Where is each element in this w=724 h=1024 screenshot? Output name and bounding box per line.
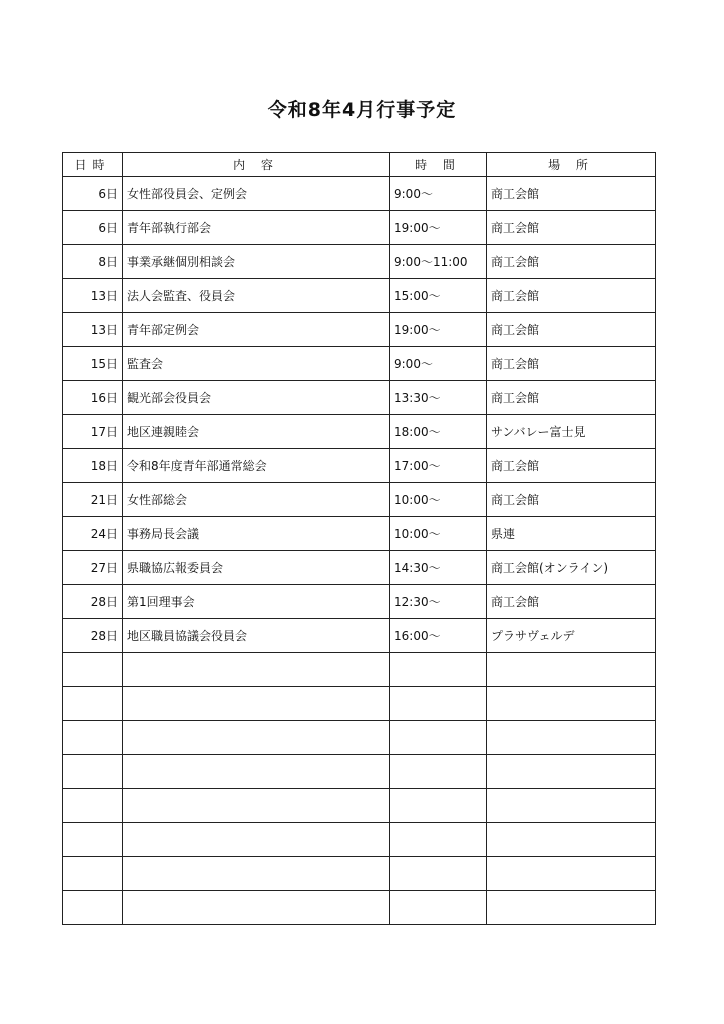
time-cell: 9:00～ xyxy=(390,347,487,381)
date-cell xyxy=(63,891,123,925)
time-cell: 14:30～ xyxy=(390,551,487,585)
place-cell xyxy=(487,891,656,925)
table-row: 13日青年部定例会19:00～商工会館 xyxy=(63,313,656,347)
content-cell: 女性部役員会、定例会 xyxy=(123,177,390,211)
content-cell: 観光部会役員会 xyxy=(123,381,390,415)
time-cell: 19:00～ xyxy=(390,211,487,245)
table-row: 21日女性部総会10:00～商工会館 xyxy=(63,483,656,517)
page-title: 令和8年4月行事予定 xyxy=(0,95,724,122)
date-cell: 28日 xyxy=(63,619,123,653)
content-cell: 県職協広報委員会 xyxy=(123,551,390,585)
date-cell: 13日 xyxy=(63,279,123,313)
place-cell xyxy=(487,857,656,891)
header-row: 日時 内 容 時 間 場 所 xyxy=(63,153,656,177)
table-row: 18日令和8年度青年部通常総会17:00～商工会館 xyxy=(63,449,656,483)
time-cell xyxy=(390,721,487,755)
time-cell: 18:00～ xyxy=(390,415,487,449)
place-cell: サンバレー富士見 xyxy=(487,415,656,449)
time-cell xyxy=(390,823,487,857)
table-row xyxy=(63,755,656,789)
content-cell xyxy=(123,721,390,755)
content-cell: 地区連親睦会 xyxy=(123,415,390,449)
table-row xyxy=(63,789,656,823)
place-cell: 商工会館 xyxy=(487,347,656,381)
date-cell: 24日 xyxy=(63,517,123,551)
date-cell: 13日 xyxy=(63,313,123,347)
time-cell xyxy=(390,755,487,789)
time-cell xyxy=(390,891,487,925)
content-cell: 法人会監査、役員会 xyxy=(123,279,390,313)
place-cell xyxy=(487,823,656,857)
time-cell: 13:30～ xyxy=(390,381,487,415)
content-cell xyxy=(123,891,390,925)
place-cell: 商工会館 xyxy=(487,245,656,279)
time-cell xyxy=(390,687,487,721)
content-cell xyxy=(123,755,390,789)
table-row xyxy=(63,721,656,755)
date-cell: 21日 xyxy=(63,483,123,517)
table-row: 6日女性部役員会、定例会9:00～商工会館 xyxy=(63,177,656,211)
place-cell: 商工会館 xyxy=(487,313,656,347)
place-cell: 商工会館 xyxy=(487,279,656,313)
header-time: 時 間 xyxy=(390,153,487,177)
table-row: 6日青年部執行部会19:00～商工会館 xyxy=(63,211,656,245)
content-cell: 女性部総会 xyxy=(123,483,390,517)
header-place: 場 所 xyxy=(487,153,656,177)
table-row: 17日地区連親睦会18:00～サンバレー富士見 xyxy=(63,415,656,449)
date-cell: 6日 xyxy=(63,177,123,211)
date-cell: 8日 xyxy=(63,245,123,279)
table-row xyxy=(63,653,656,687)
date-cell: 27日 xyxy=(63,551,123,585)
time-cell: 10:00～ xyxy=(390,483,487,517)
date-cell: 28日 xyxy=(63,585,123,619)
date-cell xyxy=(63,653,123,687)
place-cell: 商工会館 xyxy=(487,585,656,619)
date-cell xyxy=(63,755,123,789)
time-cell: 17:00～ xyxy=(390,449,487,483)
content-cell xyxy=(123,857,390,891)
content-cell: 令和8年度青年部通常総会 xyxy=(123,449,390,483)
content-cell: 事業承継個別相談会 xyxy=(123,245,390,279)
place-cell xyxy=(487,721,656,755)
date-cell xyxy=(63,721,123,755)
table-row xyxy=(63,891,656,925)
place-cell: 商工会館 xyxy=(487,381,656,415)
time-cell xyxy=(390,789,487,823)
content-cell xyxy=(123,789,390,823)
date-cell xyxy=(63,687,123,721)
place-cell xyxy=(487,687,656,721)
time-cell: 12:30～ xyxy=(390,585,487,619)
content-cell: 事務局長会議 xyxy=(123,517,390,551)
table-row xyxy=(63,687,656,721)
table-row: 15日監査会9:00～商工会館 xyxy=(63,347,656,381)
content-cell: 青年部定例会 xyxy=(123,313,390,347)
place-cell xyxy=(487,653,656,687)
time-cell: 15:00～ xyxy=(390,279,487,313)
time-cell: 9:00～ xyxy=(390,177,487,211)
content-cell: 地区職員協議会役員会 xyxy=(123,619,390,653)
table-row xyxy=(63,857,656,891)
content-cell xyxy=(123,653,390,687)
header-content: 内 容 xyxy=(123,153,390,177)
place-cell xyxy=(487,755,656,789)
table-row: 24日事務局長会議10:00～県連 xyxy=(63,517,656,551)
time-cell xyxy=(390,653,487,687)
time-cell: 16:00～ xyxy=(390,619,487,653)
place-cell: 商工会館 xyxy=(487,449,656,483)
date-cell: 18日 xyxy=(63,449,123,483)
date-cell xyxy=(63,823,123,857)
time-cell: 10:00～ xyxy=(390,517,487,551)
date-cell: 15日 xyxy=(63,347,123,381)
header-date: 日時 xyxy=(63,153,123,177)
content-cell xyxy=(123,823,390,857)
date-cell xyxy=(63,789,123,823)
date-cell: 6日 xyxy=(63,211,123,245)
place-cell: 商工会館 xyxy=(487,483,656,517)
time-cell: 19:00～ xyxy=(390,313,487,347)
time-cell: 9:00～11:00 xyxy=(390,245,487,279)
content-cell: 監査会 xyxy=(123,347,390,381)
date-cell xyxy=(63,857,123,891)
place-cell: 県連 xyxy=(487,517,656,551)
table-row: 13日法人会監査、役員会15:00～商工会館 xyxy=(63,279,656,313)
schedule-table: 日時 内 容 時 間 場 所 6日女性部役員会、定例会9:00～商工会館6日青年… xyxy=(62,152,656,925)
table-row: 28日第1回理事会12:30～商工会館 xyxy=(63,585,656,619)
date-cell: 16日 xyxy=(63,381,123,415)
place-cell: 商工会館(オンライン) xyxy=(487,551,656,585)
content-cell xyxy=(123,687,390,721)
content-cell: 第1回理事会 xyxy=(123,585,390,619)
place-cell: 商工会館 xyxy=(487,211,656,245)
time-cell xyxy=(390,857,487,891)
content-cell: 青年部執行部会 xyxy=(123,211,390,245)
place-cell: プラサヴェルデ xyxy=(487,619,656,653)
table-row: 28日地区職員協議会役員会16:00～プラサヴェルデ xyxy=(63,619,656,653)
table-row: 27日県職協広報委員会14:30～商工会館(オンライン) xyxy=(63,551,656,585)
table-row: 8日事業承継個別相談会9:00～11:00商工会館 xyxy=(63,245,656,279)
place-cell: 商工会館 xyxy=(487,177,656,211)
place-cell xyxy=(487,789,656,823)
table-body: 6日女性部役員会、定例会9:00～商工会館6日青年部執行部会19:00～商工会館… xyxy=(63,177,656,925)
table-row: 16日観光部会役員会13:30～商工会館 xyxy=(63,381,656,415)
table-row xyxy=(63,823,656,857)
date-cell: 17日 xyxy=(63,415,123,449)
